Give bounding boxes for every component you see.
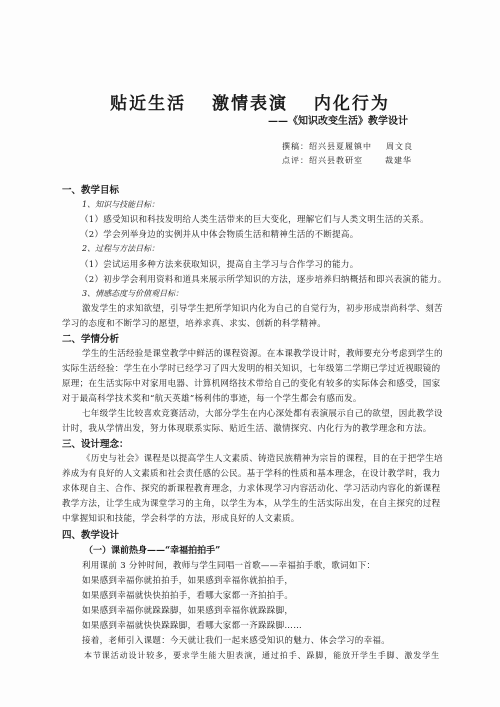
paragraph-line: 《历史与社会》课程是以提高学生人文素质、铸造民族精神为宗旨的课程，目的在于把学生… xyxy=(82,452,443,464)
paragraph-line: 养成为有良好的人文素质和社会责任感的公民。基于学科的性质和基本理念，在设计教学时… xyxy=(62,467,440,479)
paragraph-line: （2）学会列举身边的实例并从中体会物质生活和精神生活的不断提高。 xyxy=(80,228,359,240)
reviewer-line: 点评：绍兴县教研室裁建华 xyxy=(282,155,412,166)
paragraph-line: 对于最高科学技术奖和“航天英雄”杨利伟的事迹，每一个学生都会有感而发。 xyxy=(62,392,362,404)
section-heading: 一、教学目标 xyxy=(62,182,119,196)
author-label: 撰稿：绍兴县夏履镇中 xyxy=(282,142,372,151)
section-heading: 三、设计理念： xyxy=(62,436,129,450)
paragraph-line: （2）初步学会利用资料和道具来展示所学知识的方法，逐步培养归纳概括和即兴表演的能… xyxy=(80,273,447,285)
lyrics-line: 如果感到幸福你就跺跺脚，如果感到幸福你就跺跺脚， xyxy=(82,604,293,616)
paragraph-line: 计时，我从学情出发，努力体现联系实际、贴近生活、激情探究、内化行为的教学理念和方… xyxy=(62,422,432,434)
author-line: 撰稿：绍兴县夏履镇中周文良 xyxy=(282,141,413,152)
subsection-label: 2、过程与方法目标： xyxy=(82,243,159,254)
reviewer-name: 裁建华 xyxy=(385,156,412,165)
document-page: 贴近生活 激情表演 内化行为 ——《知识改变生活》教学设计 撰稿：绍兴县夏履镇中… xyxy=(0,0,500,707)
subsection-heading: （一）课前热身——“幸福拍拍手” xyxy=(84,543,220,556)
paragraph-line: 利用课前 3 分钟时间，教师与学生同唱一首歌——幸福拍手歌，歌词如下： xyxy=(82,559,375,571)
title-part: 贴近生活 xyxy=(110,94,186,114)
paragraph-line: 教学方法，让学生成为课堂学习的主角，以学生为本，从学生的生活实际出发，在自主探究… xyxy=(62,497,440,509)
review-comment: 本节课活动设计较多，要求学生能大胆表演，通过拍手、跺脚，能放开学生手脚、激发学生 xyxy=(84,650,440,661)
subsection-label: 1、知识与技能目标： xyxy=(82,199,159,210)
paragraph-line: 激发学生的求知欲望，引导学生把所学知识内化为自己的自觉行为，初步形成崇尚科学、刻… xyxy=(82,302,443,314)
paragraph-line: 求体现自主、合作、探究的新课程教育理念，力求体现学习内容活动化、学习活动内容化的… xyxy=(62,482,440,494)
paragraph-line: 原理；在生活实际中对家用电器、计算机网络技术带给自己的变化有较多的实际体会和感受… xyxy=(62,377,440,389)
lyrics-line: 如果感到幸福你就拍拍手，如果感到幸福你就拍拍手， xyxy=(82,574,293,586)
paragraph-line: （1）尝试运用多种方法来获取知识，提高自主学习与合作学习的能力。 xyxy=(80,258,359,270)
paragraph-line: 接着，老师引入课题：今天就让我们一起来感受知识的魅力、体会学习的幸福。 xyxy=(82,634,390,646)
paragraph-line: 学生的生活经验是课堂教学中鲜活的课程资源。在本课教学设计时，教师要充分考虑到学生… xyxy=(82,347,443,359)
author-name: 周文良 xyxy=(386,142,413,151)
paragraph-line: 学习的态度和不断学习的愿望，培养求真、求实、创新的科学精神。 xyxy=(62,317,326,329)
section-heading: 二、学情分析 xyxy=(62,331,119,345)
title-part: 激情表演 xyxy=(212,94,288,114)
paragraph-line: 中掌握知识和技能，学会科学的方法，形成良好的人文素质。 xyxy=(62,512,300,524)
lyrics-line: 如果感到幸福就快快跺跺脚，看哪大家都一齐跺跺脚…… xyxy=(82,619,302,631)
lyrics-line: 如果感到幸福就快快拍拍手，看哪大家都一齐拍拍手。 xyxy=(82,589,293,601)
paragraph-line: 七年级学生比较喜欢竞赛活动，大部分学生在内心深处都有表演展示自己的欲望，因此教学… xyxy=(82,407,443,419)
subsection-label: 3、情感态度与价值观目标： xyxy=(82,288,183,299)
section-heading: 四、教学设计 xyxy=(62,527,119,541)
document-title: 贴近生活 激情表演 内化行为 xyxy=(0,89,500,114)
paragraph-line: （1）感受知识和科技发明给人类生活带来的巨大变化，理解它们与人类文明生活的关系。 xyxy=(80,213,429,225)
reviewer-label: 点评：绍兴县教研室 xyxy=(282,156,363,165)
paragraph-line: 实际生活经验：学生在小学时已经学习了四大发明的相关知识，七年级第二学期已学过近视… xyxy=(62,362,440,374)
title-part: 内化行为 xyxy=(314,94,390,114)
document-subtitle: ——《知识改变生活》教学设计 xyxy=(268,112,408,127)
